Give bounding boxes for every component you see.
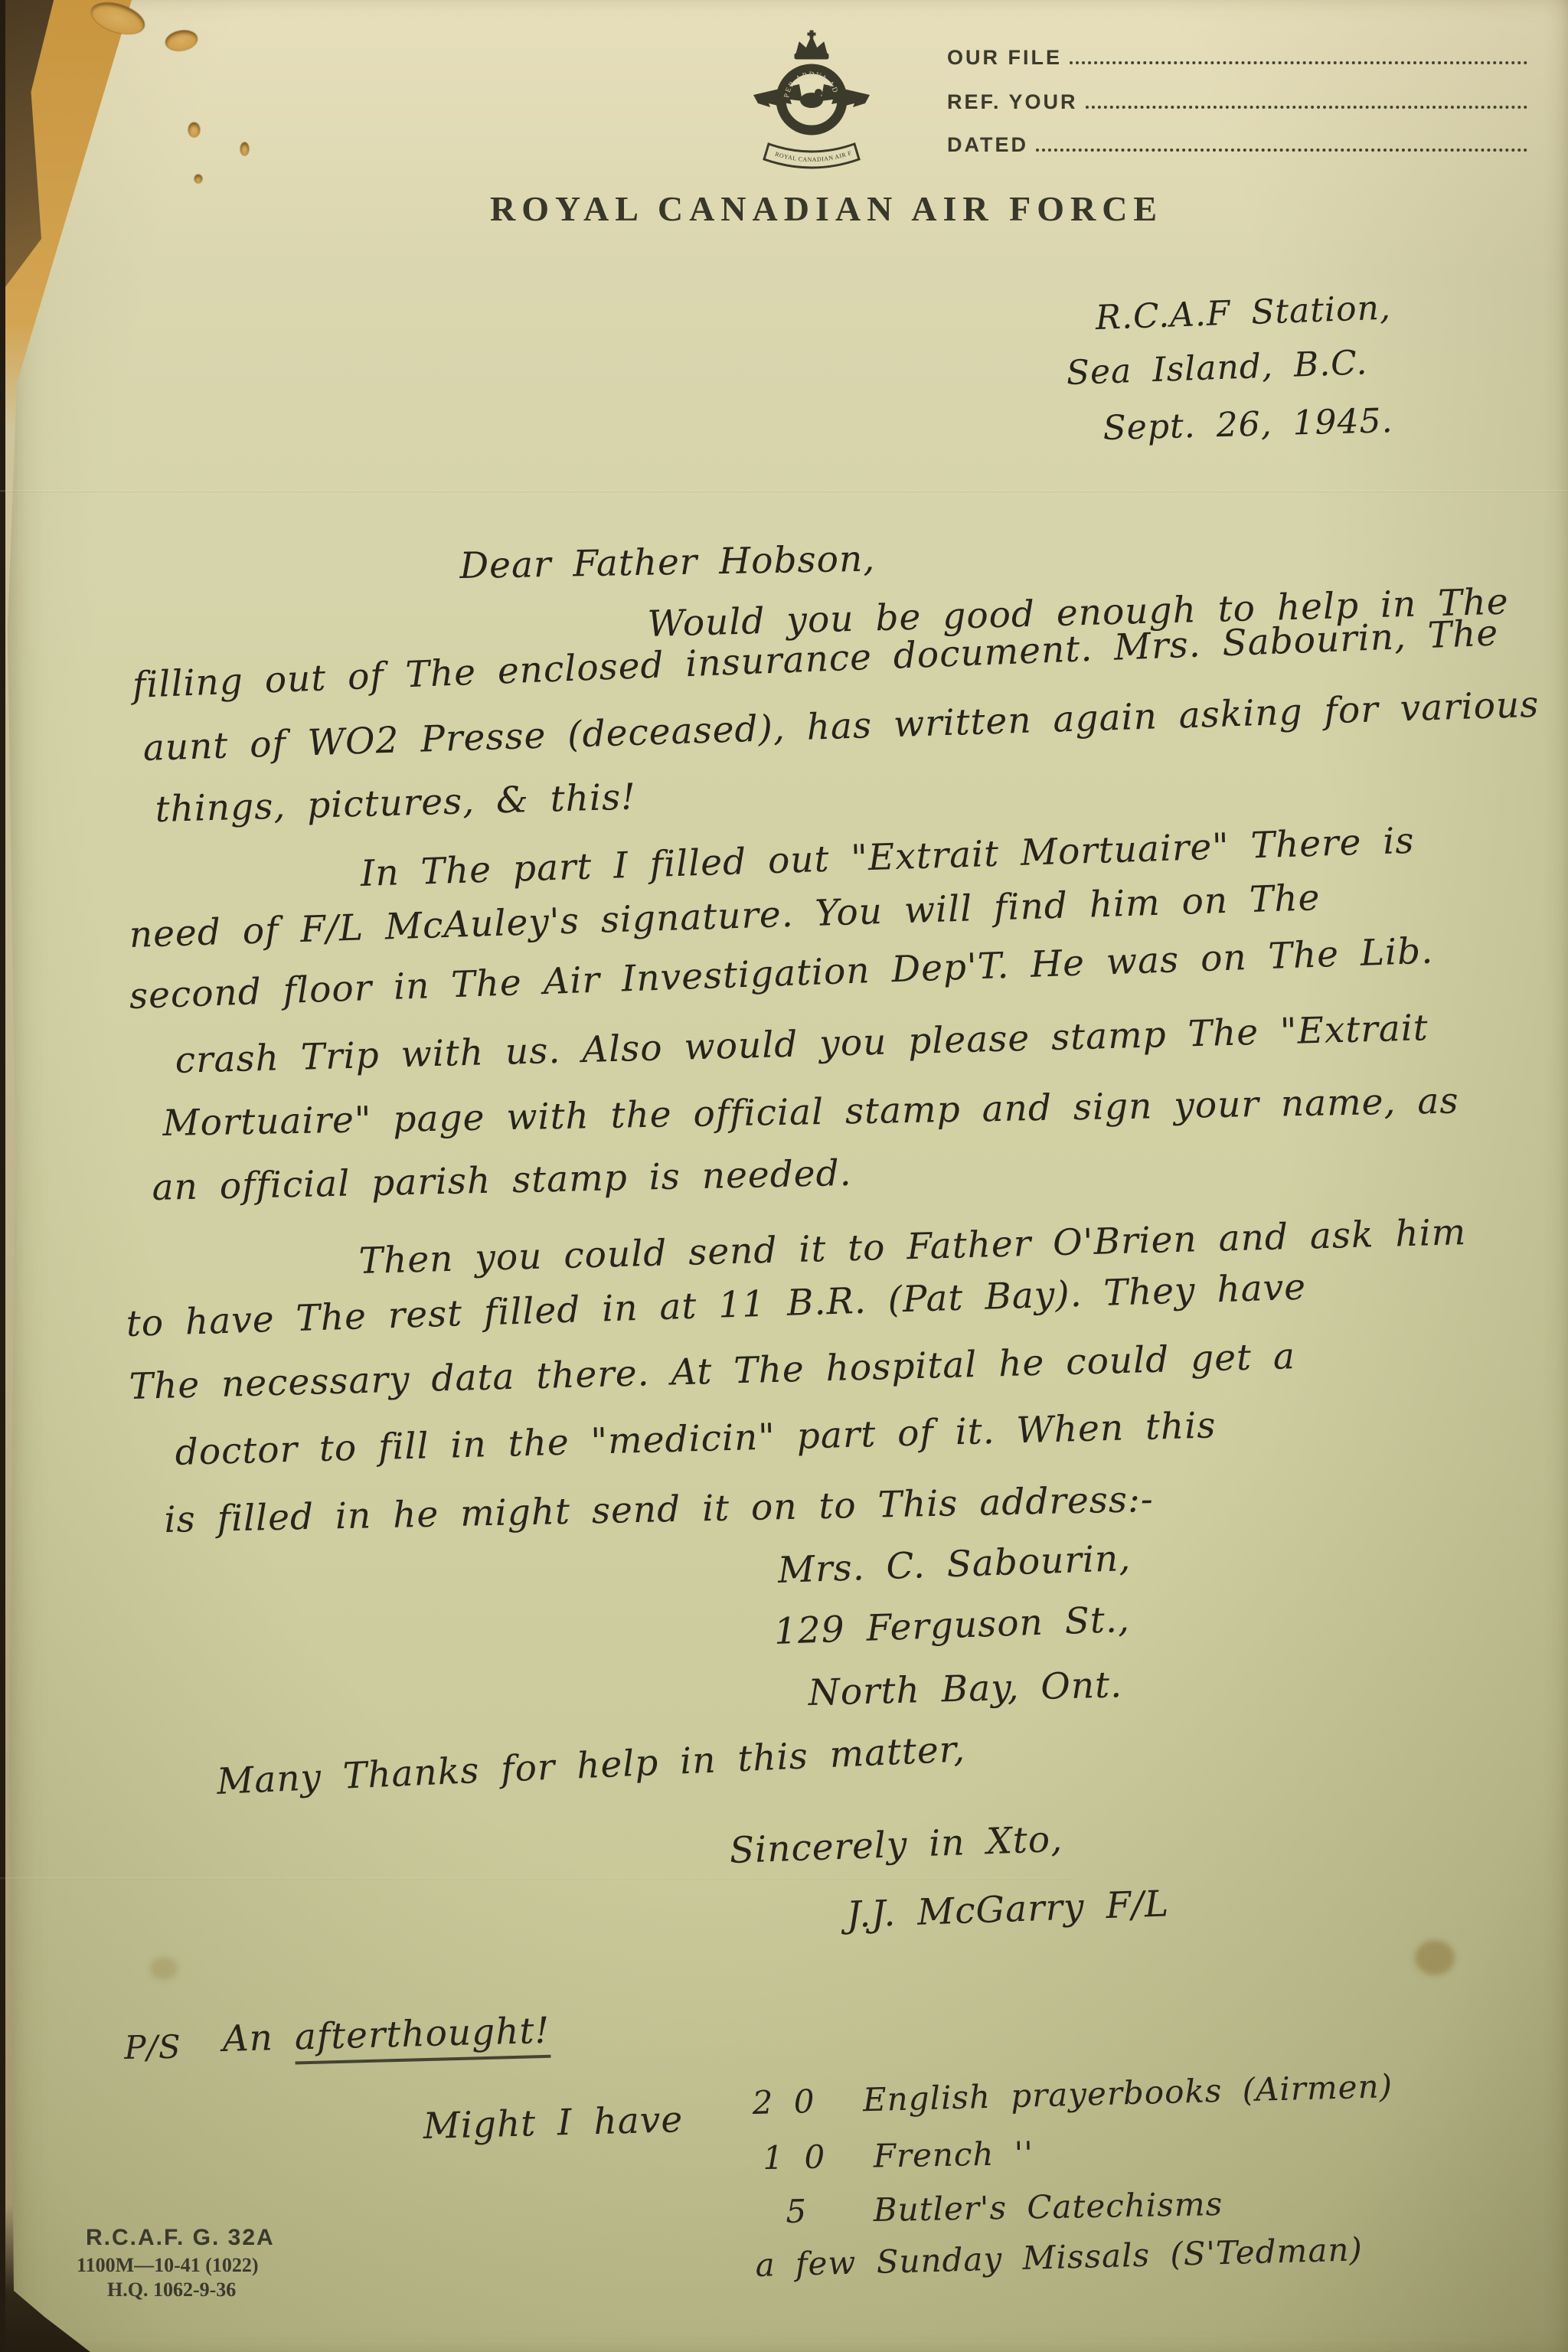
recipient-address-line: North Bay, Ont.: [808, 1664, 1123, 1714]
paper-hole: [194, 175, 202, 183]
file-reference-block: OUR FILE REF. YOUR DATED: [947, 46, 1527, 170]
ps-item-qty: a few: [755, 2244, 857, 2284]
dotted-leader: [1070, 60, 1527, 64]
ps-item: 1 0 French '': [763, 2135, 1034, 2177]
scanned-letter-photo: { "colors": { "paper": "#d2d1a5", "ink":…: [0, 0, 1568, 2352]
ps-intro: Might I have: [423, 2099, 684, 2148]
our-file-row: OUR FILE: [947, 46, 1527, 83]
rcaf-crest: PER ARDVA AD ASTRA ROYAL CANADIAN AIR FO…: [746, 29, 877, 175]
stain: [1415, 1940, 1455, 1975]
stain: [150, 1957, 178, 1980]
ref-your-label: REF. YOUR: [947, 90, 1078, 114]
dotted-leader: [1036, 148, 1527, 152]
date-line: Sept. 26, 1945.: [1102, 401, 1393, 448]
dotted-leader: [1086, 105, 1527, 109]
letterhead-title: ROYAL CANADIAN AIR FORCE: [490, 188, 1148, 229]
our-file-label: OUR FILE: [947, 46, 1062, 70]
ps-heading-prefix: An: [222, 2017, 274, 2060]
ps-heading-underlined: afterthought!: [294, 2010, 550, 2065]
dated-row: DATED: [947, 133, 1527, 170]
salutation: Dear Father Hobson,: [459, 538, 876, 587]
form-print-code: 1100M—10-41 (1022): [77, 2254, 259, 2277]
ps-label: P/S: [124, 2028, 181, 2066]
paper-crease: [0, 1877, 1072, 1880]
scan-edge: [0, 0, 5, 2352]
form-hq-code: H.Q. 1062-9-36: [107, 2278, 236, 2301]
ps-item-qty: 5: [786, 2191, 854, 2230]
ps-heading: An afterthought!: [222, 2010, 550, 2060]
ps-item-text: French '': [873, 2135, 1034, 2175]
ps-item-text: Butler's Catechisms: [873, 2185, 1223, 2229]
paper-crease: [0, 490, 1568, 492]
paper-hole: [240, 142, 249, 155]
dated-label: DATED: [947, 133, 1028, 157]
ps-item-qty: 2 0: [752, 2082, 843, 2122]
ps-item: 5 Butler's Catechisms: [786, 2185, 1223, 2230]
crown-icon: [795, 31, 828, 59]
form-number: R.C.A.F. G. 32A: [86, 2225, 275, 2251]
ps-item-qty: 1 0: [763, 2138, 854, 2177]
paper-hole: [188, 122, 200, 137]
ref-your-row: REF. YOUR: [947, 90, 1527, 127]
